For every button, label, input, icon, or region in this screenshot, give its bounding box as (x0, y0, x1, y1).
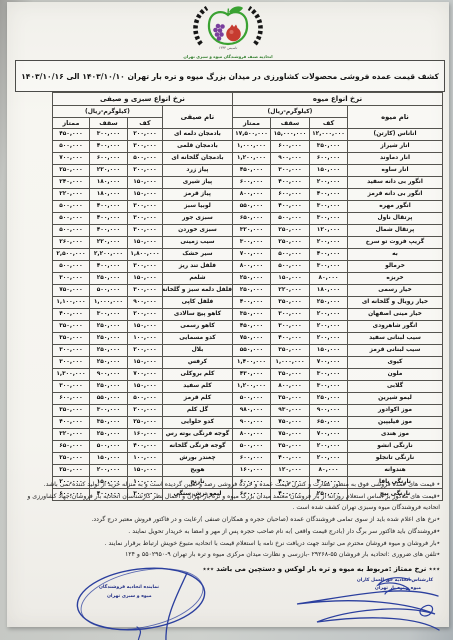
document-title: کشف قیمت عمده فروشی محصولات کشاورزی در م… (21, 72, 439, 81)
fruit-floor-cell: ۳۵۰,۰۰۰ (310, 141, 348, 153)
veg-ceiling-cell: ۳۰۰,۰۰۰ (89, 405, 127, 417)
veg-premium-cell: ۵۰۰,۰۰۰ (52, 225, 89, 237)
fruit-name-cell: پرتقال ناول (348, 213, 443, 225)
price-row: خیار رسمی ۱۸۰,۰۰۰ ۲۲۰,۰۰۰ ۲۵۰,۰۰۰ فلفل د… (52, 285, 442, 297)
fruit-floor-cell: ۲۰۰,۰۰۰ (310, 441, 348, 453)
veg-premium-cell: ۳۰۰,۰۰۰ (52, 273, 89, 285)
veg-name-cell: سیب زمینی (162, 237, 232, 249)
veg-floor-cell: ۱۵۰,۰۰۰ (127, 273, 162, 285)
price-row: پرتقال شمال ۱۲۰,۰۰۰ ۲۵۰,۰۰۰ ۳۲۰,۰۰۰ سبزی… (52, 225, 442, 237)
veg-name-cell: کلم سفید (162, 381, 232, 393)
veg-ceiling-header: سقف (89, 118, 127, 129)
footnote-line: ٭ قیمت های عمده فروشی فوق به منظور نظارت… (15, 479, 440, 491)
fruit-ceiling-cell: ۳۵۰,۰۰۰ (271, 441, 310, 453)
fruit-floor-cell: ۳۰۰,۰۰۰ (310, 381, 348, 393)
veg-name-cell: کرفس (162, 357, 232, 369)
fruit-floor-cell: ۱۵۰,۰۰۰ (310, 165, 348, 177)
veg-floor-cell: ۳۰۰,۰۰۰ (127, 141, 162, 153)
veg-premium-cell: ۶۵۰,۰۰۰ (52, 441, 89, 453)
veg-premium-cell: ۴۰۰,۰۰۰ (52, 309, 89, 321)
fruit-name-cell: خیار رسمی (348, 285, 443, 297)
price-table-body: اناناس (کارتن) ۱۲,۰۰۰,۰۰۰ ۱۵,۰۰۰,۰۰۰ ۱۷,… (52, 129, 442, 501)
veg-floor-cell: ۱۵۰,۰۰۰ (127, 321, 162, 333)
pomegranate-icon (226, 25, 241, 42)
veg-name-cell: بادمجان گلخانه ای (162, 153, 232, 165)
fruit-premium-cell: ۳۵۰,۰۰۰ (232, 309, 270, 321)
veg-ceiling-cell: ۳۵۰,۰۰۰ (89, 417, 127, 429)
veg-floor-cell: ۱۰۰,۰۰۰ (127, 333, 162, 345)
fruit-premium-cell: ۶۰۰,۰۰۰ (232, 177, 270, 189)
signature-left-title: نماینده اتحادیه فروشندگان (99, 585, 159, 591)
veg-premium-cell: ۱,۱۰۰,۰۰۰ (52, 297, 89, 309)
fruit-ceiling-cell: ۴۰۰,۰۰۰ (271, 177, 310, 189)
fruit-name-cell: موز فیلیپین (348, 417, 443, 429)
veg-ceiling-cell: ۲۲۰,۰۰۰ (89, 165, 127, 177)
logo-established-text: تاسیس ۱۳۴۴ (219, 46, 238, 50)
paper-sheet: تاسیس ۱۳۴۴ اتحادیه صنف فروشندگان میوه و … (7, 2, 449, 627)
fruit-name-cell: اناناس (کارتن) (348, 129, 443, 141)
signature-left-ink (41, 561, 245, 640)
veg-premium-cell: ۵۰۰,۰۰۰ (52, 261, 89, 273)
veg-ceiling-cell: ۱,۰۰۰,۰۰۰ (89, 297, 127, 309)
veg-floor-cell: ۳۰۰,۰۰۰ (127, 285, 162, 297)
fruit-ceiling-cell: ۵۰۰,۰۰۰ (271, 213, 310, 225)
veg-premium-cell: ۴۰۰,۰۰۰ (52, 417, 89, 429)
veg-premium-cell: ۲۴۰,۰۰۰ (52, 177, 89, 189)
fruit-floor-cell: ۸۰,۰۰۰ (310, 465, 348, 477)
fruit-ceiling-cell: ۳۰۰,۰۰۰ (271, 165, 310, 177)
price-row: انار دماوند ۶۰۰,۰۰۰ ۹۰۰,۰۰۰ ۱,۲۰۰,۰۰۰ با… (52, 153, 442, 165)
fruit-premium-cell: ۶۰۰,۰۰۰ (232, 453, 270, 465)
fruit-ceiling-cell: ۴۰۰,۰۰۰ (271, 333, 310, 345)
signature-left-block: نماینده اتحادیه فروشندگان میوه و سبزی ته… (41, 561, 245, 640)
fruit-premium-cell: ۲۵۰,۰۰۰ (232, 273, 270, 285)
fruit-ceiling-cell: ۷۵۰,۰۰۰ (271, 429, 310, 441)
fruit-ceiling-cell: ۵۰۰,۰۰۰ (271, 261, 310, 273)
fruit-ceiling-cell: ۴۰۰,۰۰۰ (271, 453, 310, 465)
laurel-left-icon (195, 8, 207, 44)
veg-ceiling-cell: ۱۸۰,۰۰۰ (89, 177, 127, 189)
veg-premium-cell: ۷۰۰,۰۰۰ (52, 153, 89, 165)
fruit-premium-cell: ۱۷,۵۰۰,۰۰۰ (232, 129, 270, 141)
veg-premium-header: ممتاز (52, 118, 89, 129)
fruit-name-cell: انگور مهره (348, 201, 443, 213)
fruit-premium-cell: ۵۰۰,۰۰۰ (232, 393, 270, 405)
veg-name-cell: سبزی جور (162, 213, 232, 225)
fruit-floor-cell: ۲۰۰,۰۰۰ (310, 333, 348, 345)
fruit-premium-cell: ۳۲۰,۰۰۰ (232, 225, 270, 237)
veg-ceiling-cell: ۳۰۰,۰۰۰ (89, 129, 127, 141)
veg-premium-cell: ۷۵۰,۰۰۰ (52, 285, 89, 297)
fruit-ceiling-cell: ۵۰۰,۰۰۰ (271, 249, 310, 261)
footnote-line: ٭فروشندگان باید فاکتور سر برگ دار (بادرج… (15, 526, 440, 538)
fruit-name-header: نام میوه (348, 106, 443, 129)
fruit-floor-cell: ۶۵۰,۰۰۰ (310, 417, 348, 429)
price-row: کیوی ۷۰۰,۰۰۰ ۱,۰۰۰,۰۰۰ ۱,۴۰۰,۰۰۰ کرفس ۱۵… (52, 357, 442, 369)
fruit-premium-cell: ۸۰۰,۰۰۰ (232, 429, 270, 441)
union-logo-emblem: تاسیس ۱۳۴۴ (186, 4, 270, 50)
veg-name-cell: گوجه فرنگی گلخانه (162, 441, 232, 453)
veg-premium-cell: ۲۵۰,۰۰۰ (52, 465, 89, 477)
veg-floor-cell: ۲۰۰,۰۰۰ (127, 129, 162, 141)
fruit-premium-cell: ۴۰۰,۰۰۰ (232, 297, 270, 309)
veg-floor-cell: ۷۰۰,۰۰۰ (127, 369, 162, 381)
signature-left-subtitle: میوه و سبزی تهران (107, 594, 152, 600)
fruit-floor-cell: ۱۸۰,۰۰۰ (310, 285, 348, 297)
price-row: خربزه ۸۰,۰۰۰ ۱۵۰,۰۰۰ ۲۵۰,۰۰۰ شلغم ۱۵۰,۰۰… (52, 273, 442, 285)
veg-ceiling-cell: ۲۵۰,۰۰۰ (89, 333, 127, 345)
veg-ceiling-cell: ۲۰۰,۰۰۰ (89, 465, 127, 477)
fruit-section-header: نرخ انواع میوه (232, 93, 442, 106)
veg-ceiling-cell: ۵۰۰,۰۰۰ (89, 441, 127, 453)
fruit-ceiling-cell: ۱,۰۰۰,۰۰۰ (271, 357, 310, 369)
veg-ceiling-cell: ۱۵۰,۰۰۰ (89, 453, 127, 465)
fruit-name-cell: انار ساوه (348, 165, 443, 177)
veg-name-cell: سیر خشک (162, 249, 232, 261)
fruit-ceiling-cell: ۹۰۰,۰۰۰ (271, 153, 310, 165)
veg-name-cell: چغندر بورش (162, 453, 232, 465)
fruit-name-cell: سیب لبنانی قرمز (348, 345, 443, 357)
veg-floor-cell: ۳۰۰,۰۰۰ (127, 213, 162, 225)
veg-name-cell: پیاز قرمز (162, 189, 232, 201)
fruit-premium-cell: ۷۰۰,۰۰۰ (232, 249, 270, 261)
fruit-name-cell: لیمو شیرین (348, 393, 443, 405)
veg-ceiling-cell: ۱۸۰,۰۰۰ (89, 189, 127, 201)
veg-floor-cell: ۲۰۰,۰۰۰ (127, 165, 162, 177)
fruit-premium-cell: ۱,۰۰۰,۰۰۰ (232, 141, 270, 153)
fruit-floor-cell: ۱۲۰,۰۰۰ (310, 225, 348, 237)
veg-premium-cell: ۲,۵۰۰,۰۰۰ (52, 249, 89, 261)
footnotes: ٭ قیمت های عمده فروشی فوق به منظور نظارت… (15, 479, 440, 561)
veg-name-cell: پیاز زرد (162, 165, 232, 177)
price-row: اناناس (کارتن) ۱۲,۰۰۰,۰۰۰ ۱۵,۰۰۰,۰۰۰ ۱۷,… (52, 129, 442, 141)
fruit-ceiling-cell: ۸۰۰,۰۰۰ (271, 381, 310, 393)
veg-floor-cell: ۱۶۰,۰۰۰ (127, 429, 162, 441)
veg-floor-cell: ۲۰۰,۰۰۰ (127, 345, 162, 357)
fruit-name-cell: خربزه (348, 273, 443, 285)
veg-name-cell: کلم قرمز (162, 393, 232, 405)
veg-floor-cell: ۱۵۰,۰۰۰ (127, 189, 162, 201)
fruit-premium-cell: ۱,۲۰۰,۰۰۰ (232, 381, 270, 393)
price-row: موز اکوادور ۹۰۰,۰۰۰ ۹۳۰,۰۰۰ ۹۸۰,۰۰۰ گل ک… (52, 405, 442, 417)
veg-ceiling-cell: ۴۰۰,۰۰۰ (89, 201, 127, 213)
fruit-floor-cell: ۲۰۰,۰۰۰ (310, 321, 348, 333)
fruit-floor-cell: ۲۵۰,۰۰۰ (310, 297, 348, 309)
price-row: موز هندی ۷۰۰,۰۰۰ ۷۵۰,۰۰۰ ۸۰۰,۰۰۰ گوجه فر… (52, 429, 442, 441)
price-row: انگور بی دانه سفید ۲۰۰,۰۰۰ ۴۰۰,۰۰۰ ۶۰۰,۰… (52, 177, 442, 189)
veg-ceiling-cell: ۲۲۰,۰۰۰ (89, 237, 127, 249)
fruit-ceiling-cell: ۳۵۰,۰۰۰ (271, 369, 310, 381)
fruit-ceiling-cell: ۳۰۰,۰۰۰ (271, 321, 310, 333)
price-row: انگور بی دانه قرمز ۴۰۰,۰۰۰ ۶۰۰,۰۰۰ ۸۰۰,۰… (52, 189, 442, 201)
veg-ceiling-cell: ۵۰۰,۰۰۰ (89, 285, 127, 297)
fruit-name-cell: کیوی (348, 357, 443, 369)
fruit-ceiling-cell: ۳۰۰,۰۰۰ (271, 309, 310, 321)
fruit-premium-cell: ۴۵۰,۰۰۰ (232, 165, 270, 177)
veg-floor-cell: ۲۰۰,۰۰۰ (127, 405, 162, 417)
veg-premium-cell: ۲۶۰,۰۰۰ (52, 237, 89, 249)
price-table: نرخ انواع میوه نرخ انواع سبزی و صیفی نام… (52, 92, 443, 501)
price-table-header: نرخ انواع میوه نرخ انواع سبزی و صیفی نام… (52, 93, 442, 129)
fruit-name-cell: خیار مینی اصفهان (348, 309, 443, 321)
veg-name-cell: هویج (162, 465, 232, 477)
price-row: نارنگی تانجلو ۲۰۰,۰۰۰ ۴۰۰,۰۰۰ ۶۰۰,۰۰۰ چغ… (52, 453, 442, 465)
veg-premium-cell: ۲۵۰,۰۰۰ (52, 165, 89, 177)
veg-name-cell: سبزی خوردن (162, 225, 232, 237)
footnote-line: ٭بار فروشان و میوه فروشان محترم می توانن… (15, 538, 440, 550)
veg-premium-cell: ۳۵۰,۰۰۰ (52, 333, 89, 345)
fruit-premium-header: ممتاز (232, 118, 270, 129)
fruit-ceiling-cell: ۳۵۰,۰۰۰ (271, 297, 310, 309)
veg-name-cell: کدو حلوایی (162, 417, 232, 429)
veg-premium-cell: ۵۰۰,۰۰۰ (52, 213, 89, 225)
scanned-document-page: تاسیس ۱۳۴۴ اتحادیه صنف فروشندگان میوه و … (0, 0, 453, 640)
veg-ceiling-cell: ۲۵۰,۰۰۰ (89, 345, 127, 357)
veg-floor-cell: ۱۰۰,۰۰۰ (127, 453, 162, 465)
fruit-floor-cell: ۸۰,۰۰۰ (310, 273, 348, 285)
veg-floor-cell: ۱۵۰,۰۰۰ (127, 177, 162, 189)
fruit-name-cell: نارنگی انشو (348, 441, 443, 453)
fruit-ceiling-cell: ۱۲۰,۰۰۰ (271, 465, 310, 477)
veg-name-cell: کلم بروکلی (162, 369, 232, 381)
price-row: گلابی ۳۰۰,۰۰۰ ۸۰۰,۰۰۰ ۱,۲۰۰,۰۰۰ کلم سفید… (52, 381, 442, 393)
veg-ceiling-cell: ۴۰۰,۰۰۰ (89, 225, 127, 237)
veg-name-cell: فلفل تند ریز (162, 261, 232, 273)
veg-ceiling-cell: ۹۰۰,۰۰۰ (89, 369, 127, 381)
fruit-floor-cell: ۴۰۰,۰۰۰ (310, 189, 348, 201)
fruit-premium-cell: ۹۰۰,۰۰۰ (232, 417, 270, 429)
fruit-premium-cell: ۴۵۰,۰۰۰ (232, 321, 270, 333)
fruit-ceiling-cell: ۳۵۰,۰۰۰ (271, 393, 310, 405)
price-row: خیار رویال و گلخانه ای ۲۵۰,۰۰۰ ۳۵۰,۰۰۰ ۴… (52, 297, 442, 309)
veg-premium-cell: ۵۰۰,۰۰۰ (52, 201, 89, 213)
veg-name-cell: بادمجان دلمه ای (162, 129, 232, 141)
veg-premium-cell: ۲۲۰,۰۰۰ (52, 189, 89, 201)
veg-ceiling-cell: ۲۵۰,۰۰۰ (89, 429, 127, 441)
fruit-premium-cell: ۱,۴۰۰,۰۰۰ (232, 357, 270, 369)
fruit-name-cell: موز هندی (348, 429, 443, 441)
fruit-premium-cell: ۵۵۰,۰۰۰ (232, 201, 270, 213)
fruit-premium-cell: ۱,۲۰۰,۰۰۰ (232, 153, 270, 165)
veg-name-cell: کاهو رسمی (162, 321, 232, 333)
logo-caption: اتحادیه صنف فروشندگان میوه و سبزی تهران (7, 54, 449, 59)
veg-premium-cell: ۶۰۰,۰۰۰ (52, 393, 89, 405)
fruit-name-cell: به (348, 249, 443, 261)
fruit-floor-cell: ۲۰۰,۰۰۰ (310, 309, 348, 321)
veg-floor-cell: ۳۰۰,۰۰۰ (127, 201, 162, 213)
fruit-floor-cell: ۳۰۰,۰۰۰ (310, 261, 348, 273)
veg-name-cell: کدو مسمایی (162, 333, 232, 345)
price-row: ملون ۳۰۰,۰۰۰ ۳۵۰,۰۰۰ ۴۳۰,۰۰۰ کلم بروکلی … (52, 369, 442, 381)
price-row: به ۴۰۰,۰۰۰ ۵۰۰,۰۰۰ ۷۰۰,۰۰۰ سیر خشک ۱,۸۰۰… (52, 249, 442, 261)
fruit-premium-cell: ۳۰۰,۰۰۰ (232, 237, 270, 249)
veg-ceiling-cell: ۶۰۰,۰۰۰ (89, 153, 127, 165)
veg-premium-cell: ۳۰۰,۰۰۰ (52, 345, 89, 357)
veg-ceiling-cell: ۴۰۰,۰۰۰ (89, 141, 127, 153)
fruit-floor-cell: ۴۰۰,۰۰۰ (310, 249, 348, 261)
price-row: پرتقال ناول ۳۰۰,۰۰۰ ۵۰۰,۰۰۰ ۶۵۰,۰۰۰ سبزی… (52, 213, 442, 225)
veg-premium-cell: ۳۲۰,۰۰۰ (52, 429, 89, 441)
price-row: انگور شاهرودی ۲۰۰,۰۰۰ ۳۰۰,۰۰۰ ۴۵۰,۰۰۰ کا… (52, 321, 442, 333)
fruit-name-cell: موز اکوادور (348, 405, 443, 417)
signature-right-ink (291, 573, 443, 637)
veg-name-cell: لوبیا سبز (162, 201, 232, 213)
veg-ceiling-cell: ۵۵۰,۰۰۰ (89, 393, 127, 405)
veg-ceiling-cell: ۲۵۰,۰۰۰ (89, 357, 127, 369)
footnote-line: ٭قیمت های مذکور بر اساس استعلام روزانه ا… (15, 491, 440, 514)
veg-ceiling-cell: ۳۰۰,۰۰۰ (89, 309, 127, 321)
veg-floor-cell: ۵۰۰,۰۰۰ (127, 153, 162, 165)
price-row: سیب لبنانی سفید ۲۰۰,۰۰۰ ۴۰۰,۰۰۰ ۷۵۰,۰۰۰ … (52, 333, 442, 345)
veg-ceiling-cell: ۲۵۰,۰۰۰ (89, 381, 127, 393)
fruit-premium-cell: ۸۰۰,۰۰۰ (232, 189, 270, 201)
fruit-name-cell: خرمالو (348, 261, 443, 273)
fruit-name-cell: انگور بی دانه سفید (348, 177, 443, 189)
veg-name-cell: کاهو پیچ سالادی (162, 309, 232, 321)
veg-floor-cell: ۴۰۰,۰۰۰ (127, 441, 162, 453)
price-row: انار شیراز ۳۵۰,۰۰۰ ۶۰۰,۰۰۰ ۱,۰۰۰,۰۰۰ باد… (52, 141, 442, 153)
veg-name-cell: فلفل دلمه سبز و گلخانه (162, 285, 232, 297)
fruit-floor-cell: ۹۰۰,۰۰۰ (310, 405, 348, 417)
fruit-name-cell: خیار رویال و گلخانه ای (348, 297, 443, 309)
fruit-floor-header: کف (310, 118, 348, 129)
fruit-name-cell: نارنگی تانجلو (348, 453, 443, 465)
veg-floor-cell: ۳۰۰,۰۰۰ (127, 261, 162, 273)
fruit-name-cell: پرتقال شمال (348, 225, 443, 237)
price-row: انار ساوه ۱۵۰,۰۰۰ ۳۰۰,۰۰۰ ۴۵۰,۰۰۰ پیاز ز… (52, 165, 442, 177)
fruit-unit-label: (کیلوگرم-ریال) (232, 106, 347, 118)
veg-name-cell: بادمجان قلمی (162, 141, 232, 153)
fruit-name-cell: گلابی (348, 381, 443, 393)
veg-floor-cell: ۱۵۰,۰۰۰ (127, 237, 162, 249)
veg-floor-cell: ۱۵۰,۰۰۰ (127, 357, 162, 369)
price-row: موز فیلیپین ۶۵۰,۰۰۰ ۷۵۰,۰۰۰ ۹۰۰,۰۰۰ کدو … (52, 417, 442, 429)
fruit-name-cell: انگور شاهرودی (348, 321, 443, 333)
title-box: کشف قیمت عمده فروشی محصولات کشاورزی در م… (15, 60, 445, 92)
fruit-ceiling-cell: ۲۵۰,۰۰۰ (271, 225, 310, 237)
fruit-floor-cell: ۱۵۰,۰۰۰ (310, 345, 348, 357)
fruit-ceiling-cell: ۶۰۰,۰۰۰ (271, 141, 310, 153)
veg-floor-header: کف (127, 118, 162, 129)
fruit-floor-cell: ۷۰۰,۰۰۰ (310, 357, 348, 369)
fruit-floor-cell: ۳۰۰,۰۰۰ (310, 369, 348, 381)
veg-name-cell: فلفل کاپی (162, 297, 232, 309)
fruit-ceiling-cell: ۶۰۰,۰۰۰ (271, 189, 310, 201)
fruit-ceiling-cell: ۴۰۰,۰۰۰ (271, 201, 310, 213)
veg-section-header: نرخ انواع سبزی و صیفی (52, 93, 232, 106)
price-row: خرمالو ۳۰۰,۰۰۰ ۵۰۰,۰۰۰ ۸۰۰,۰۰۰ فلفل تند … (52, 261, 442, 273)
veg-floor-cell: ۳۰۰,۰۰۰ (127, 225, 162, 237)
fruit-premium-cell: ۵۵۰,۰۰۰ (232, 345, 270, 357)
veg-premium-cell: ۳۰۰,۰۰۰ (52, 357, 89, 369)
veg-premium-cell: ۳۵۰,۰۰۰ (52, 321, 89, 333)
veg-ceiling-cell: ۲,۲۰۰,۰۰۰ (89, 249, 127, 261)
veg-name-cell: بلال (162, 345, 232, 357)
fruit-premium-cell: ۶۵۰,۰۰۰ (232, 213, 270, 225)
veg-premium-cell: ۳۰۰,۰۰۰ (52, 381, 89, 393)
veg-premium-cell: ۵۰۰,۰۰۰ (52, 141, 89, 153)
veg-ceiling-cell: ۴۰۰,۰۰۰ (89, 213, 127, 225)
fruit-name-cell: انار شیراز (348, 141, 443, 153)
veg-ceiling-cell: ۲۵۰,۰۰۰ (89, 321, 127, 333)
veg-floor-cell: ۱,۸۰۰,۰۰۰ (127, 249, 162, 261)
apple-leaf-icon (229, 6, 243, 13)
footnote-line: ٭تلفن های ضروری :اتحادیه بار فروشان ۵۵-۲… (15, 549, 440, 561)
signature-right-block: کارشناس اتحادیه حق العمل کاران میوه و تر… (291, 573, 443, 637)
fruit-ceiling-cell: ۷۵۰,۰۰۰ (271, 417, 310, 429)
union-logo: تاسیس ۱۳۴۴ اتحادیه صنف فروشندگان میوه و … (7, 4, 449, 62)
fruit-ceiling-cell: ۹۳۰,۰۰۰ (271, 405, 310, 417)
fruit-ceiling-header: سقف (271, 118, 310, 129)
veg-name-cell: گل کلم (162, 405, 232, 417)
fruit-name-cell: انگور بی دانه قرمز (348, 189, 443, 201)
fruit-floor-cell: ۱۲,۰۰۰,۰۰۰ (310, 129, 348, 141)
fruit-floor-cell: ۲۰۰,۰۰۰ (310, 177, 348, 189)
veg-floor-cell: ۱۵۰,۰۰۰ (127, 465, 162, 477)
fruit-premium-cell: ۹۸۰,۰۰۰ (232, 405, 270, 417)
veg-ceiling-cell: ۴۰۰,۰۰۰ (89, 261, 127, 273)
fruit-name-cell: سیب لبنانی سفید (348, 333, 443, 345)
price-row: انگور مهره ۳۰۰,۰۰۰ ۴۰۰,۰۰۰ ۵۵۰,۰۰۰ لوبیا… (52, 201, 442, 213)
veg-floor-cell: ۲۰۰,۰۰۰ (127, 309, 162, 321)
fruit-premium-cell: ۲۵۰,۰۰۰ (232, 285, 270, 297)
fruit-floor-cell: ۲۰۰,۰۰۰ (310, 237, 348, 249)
fruit-floor-cell: ۲۵۰,۰۰۰ (310, 393, 348, 405)
fruit-premium-cell: ۱۶۰,۰۰۰ (232, 465, 270, 477)
fruit-ceiling-cell: ۲۲۰,۰۰۰ (271, 285, 310, 297)
fruit-name-cell: هندوانه (348, 465, 443, 477)
fruit-floor-cell: ۳۰۰,۰۰۰ (310, 213, 348, 225)
fruit-premium-cell: ۵۰۰,۰۰۰ (232, 441, 270, 453)
fruit-name-cell: ملون (348, 369, 443, 381)
fruit-premium-cell: ۴۳۰,۰۰۰ (232, 369, 270, 381)
fruit-premium-cell: ۸۰۰,۰۰۰ (232, 261, 270, 273)
price-row: لیمو شیرین ۲۵۰,۰۰۰ ۳۵۰,۰۰۰ ۵۰۰,۰۰۰ کلم ق… (52, 393, 442, 405)
veg-premium-cell: ۱,۳۰۰,۰۰۰ (52, 369, 89, 381)
fruit-floor-cell: ۷۰۰,۰۰۰ (310, 429, 348, 441)
fruit-premium-cell: ۷۵۰,۰۰۰ (232, 333, 270, 345)
footnote-line: ٭نرخ های اعلام شده باید از سوی تمامی فرو… (15, 514, 440, 526)
fruit-ceiling-cell: ۳۵۰,۰۰۰ (271, 345, 310, 357)
fruit-ceiling-cell: ۱۵,۰۰۰,۰۰۰ (271, 129, 310, 141)
veg-floor-cell: ۵۰۰,۰۰۰ (127, 393, 162, 405)
veg-ceiling-cell: ۲۵۰,۰۰۰ (89, 273, 127, 285)
veg-name-header: نام صیفی (162, 106, 232, 129)
veg-name-cell: گوجه فرنگی بوته رس (162, 429, 232, 441)
veg-unit-label: (کیلوگرم-ریال) (52, 106, 162, 118)
veg-floor-cell: ۱۵۰,۰۰۰ (127, 381, 162, 393)
price-row: هندوانه ۸۰,۰۰۰ ۱۲۰,۰۰۰ ۱۶۰,۰۰۰ هویج ۱۵۰,… (52, 465, 442, 477)
price-row: گریپ فروت تو سرخ ۲۰۰,۰۰۰ ۲۵۰,۰۰۰ ۳۰۰,۰۰۰… (52, 237, 442, 249)
fruit-floor-cell: ۳۰۰,۰۰۰ (310, 201, 348, 213)
fruit-ceiling-cell: ۱۵۰,۰۰۰ (271, 273, 310, 285)
veg-name-cell: شلغم (162, 273, 232, 285)
veg-premium-cell: ۴۵۰,۰۰۰ (52, 129, 89, 141)
fruit-floor-cell: ۲۰۰,۰۰۰ (310, 453, 348, 465)
fruit-name-cell: انار دماوند (348, 153, 443, 165)
fruit-ceiling-cell: ۲۵۰,۰۰۰ (271, 237, 310, 249)
price-row: نارنگی انشو ۲۰۰,۰۰۰ ۳۵۰,۰۰۰ ۵۰۰,۰۰۰ گوجه… (52, 441, 442, 453)
veg-premium-cell: ۲۵۰,۰۰۰ (52, 453, 89, 465)
price-row: خیار مینی اصفهان ۲۰۰,۰۰۰ ۳۰۰,۰۰۰ ۳۵۰,۰۰۰… (52, 309, 442, 321)
price-row: سیب لبنانی قرمز ۱۵۰,۰۰۰ ۳۵۰,۰۰۰ ۵۵۰,۰۰۰ … (52, 345, 442, 357)
fruit-floor-cell: ۶۰۰,۰۰۰ (310, 153, 348, 165)
fruit-name-cell: گریپ فروت تو سرخ (348, 237, 443, 249)
laurel-right-icon (249, 8, 261, 44)
veg-name-cell: پیاز شیری (162, 177, 232, 189)
veg-floor-cell: ۹۰۰,۰۰۰ (127, 297, 162, 309)
veg-floor-cell: ۲۵۰,۰۰۰ (127, 417, 162, 429)
